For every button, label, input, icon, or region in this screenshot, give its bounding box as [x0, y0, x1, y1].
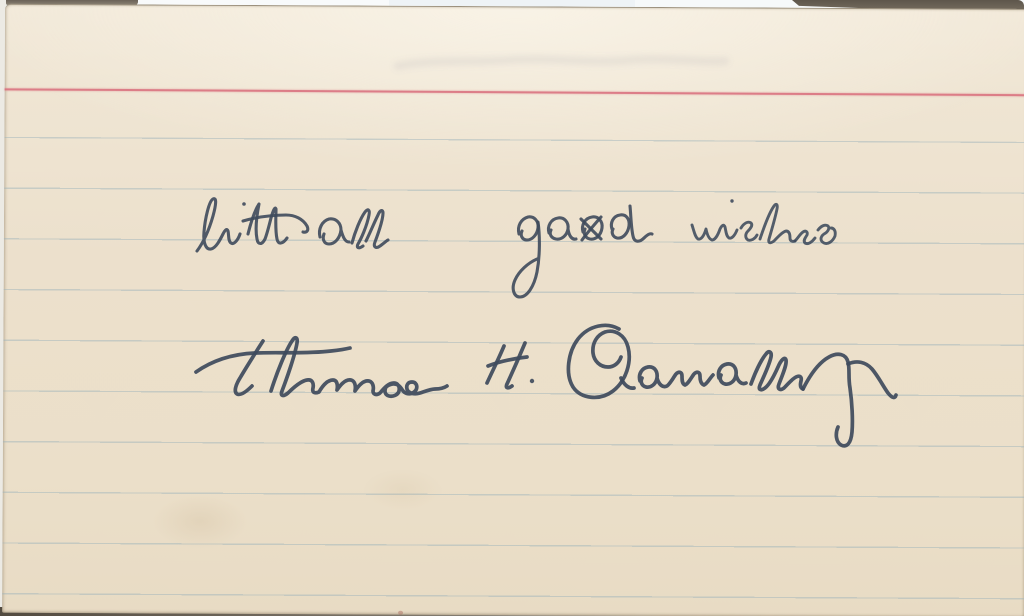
- index-card: [2, 4, 1024, 616]
- paper-smudge: [363, 469, 443, 511]
- scanned-index-card-photo: With all good wishes Thomas H. Connolly: [0, 0, 1024, 616]
- red-header-rule: [5, 88, 1024, 96]
- paper-smudge: [152, 494, 247, 549]
- paper-speck: [398, 611, 403, 615]
